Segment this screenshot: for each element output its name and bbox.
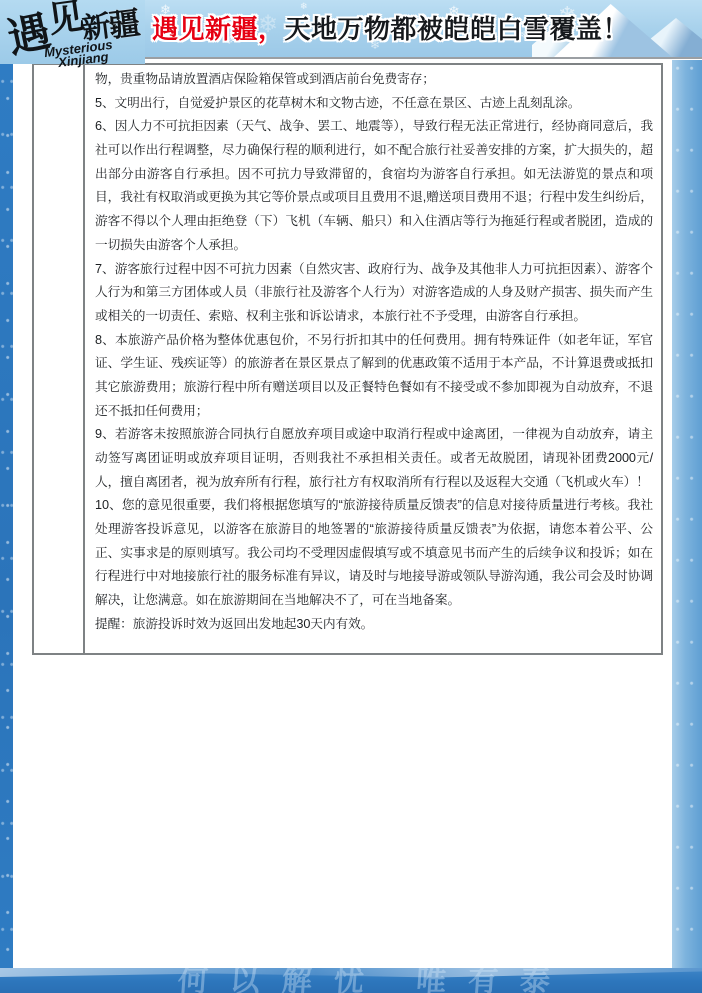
clause-paragraph: 提醒：旅游投诉时效为返回出发地起30天内有效。 — [95, 613, 653, 637]
clause-paragraph: 8、本旅游产品价格为整体优惠包价，不另行折扣其中的任何费用。拥有特殊证件（如老年… — [95, 329, 653, 424]
left-border-strip — [0, 57, 13, 975]
banner-title-highlight: 遇见新疆， — [152, 14, 285, 44]
table-content-cell: 物，贵重物品请放置酒店保险箱保管或到酒店前台免费寄存； 5、文明出行，自觉爱护景… — [85, 65, 661, 653]
clause-paragraph: 5、文明出行，自觉爱护景区的花草树木和文物古迹，不任意在景区、古迹上乱刻乱涂。 — [95, 92, 653, 116]
banner-title: 遇见新疆，天地万物都被皑皑白雪覆盖！ — [152, 13, 629, 45]
terms-table: 物，贵重物品请放置酒店保险箱保管或到酒店前台免费寄存； 5、文明出行，自觉爱护景… — [32, 63, 663, 655]
logo-char: 疆 — [107, 7, 142, 42]
clause-paragraph: 10、您的意见很重要，我们将根据您填写的“旅游接待质量反馈表”的信息对接待质量进… — [95, 494, 653, 612]
table-label-column — [34, 65, 85, 653]
clause-paragraph: 物，贵重物品请放置酒店保险箱保管或到酒店前台免费寄存； — [95, 68, 653, 92]
snowflake-icon: ❄ — [300, 1, 308, 12]
banner-title-rest: 天地万物都被皑皑白雪覆盖！ — [285, 14, 630, 44]
watermark-text: 何以解忧 唯有泰 — [176, 968, 573, 993]
right-border-strip — [672, 60, 702, 975]
clause-paragraph: 6、因人力不可抗拒因素（天气、战争、罢工、地震等），导致行程无法正常进行，经协商… — [95, 115, 653, 257]
clause-paragraph: 9、若游客未按照旅游合同执行自愿放弃项目或途中取消行程或中途离团，一律视为自动放… — [95, 423, 653, 494]
bottom-border-band: 何以解忧 唯有泰 — [0, 968, 702, 993]
header-banner: ❄ ❄ ❄ ❄ ❄ ❄ ❄ ❄ ❄ ❄ 遇 见 新 疆 Mysterious X… — [0, 0, 702, 59]
page: { "banner": { "logo": { "chars": ["遇", "… — [0, 0, 702, 993]
brand-logo: 遇 见 新 疆 Mysterious Xinjiang — [6, 0, 156, 70]
clause-paragraph: 7、游客旅行过程中因不可抗力因素（自然灾害、政府行为、战争及其他非人力可抗拒因素… — [95, 258, 653, 329]
